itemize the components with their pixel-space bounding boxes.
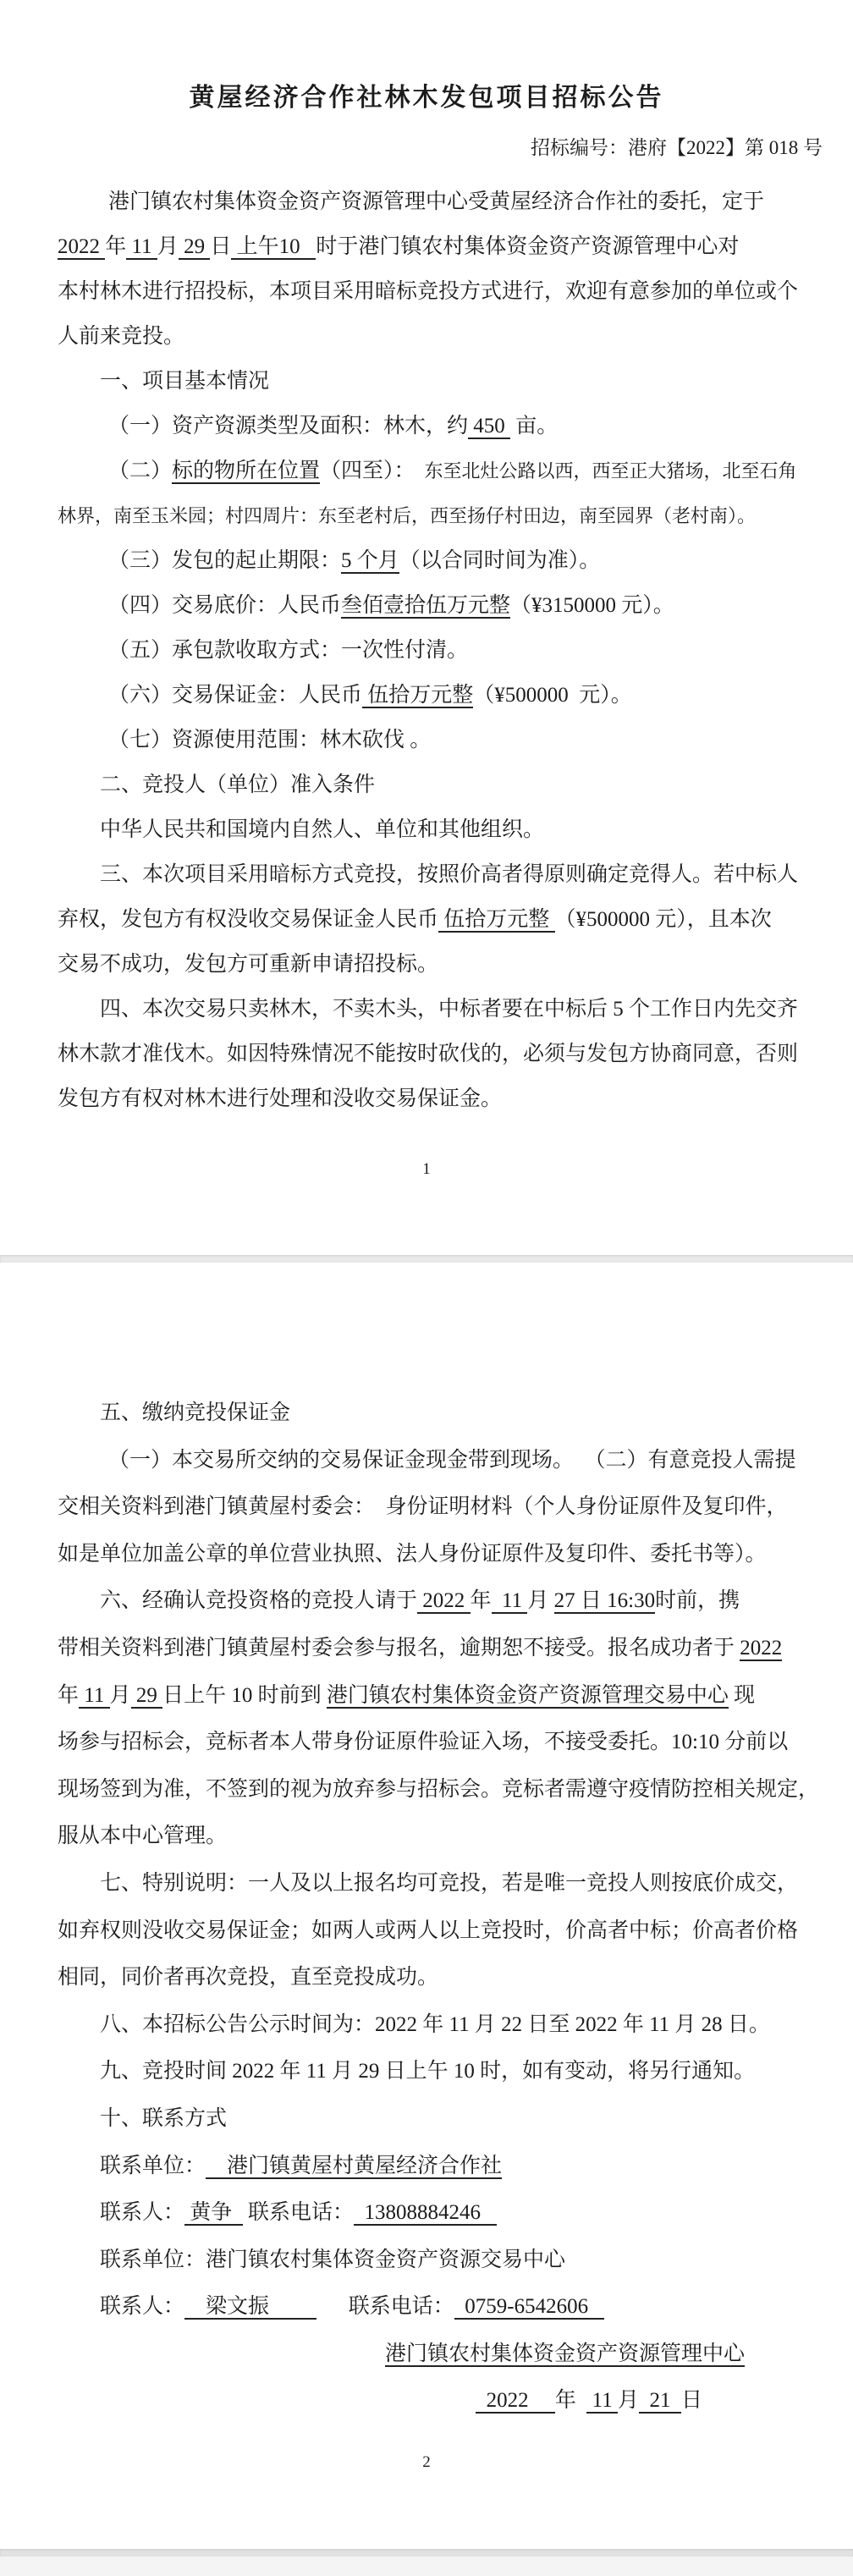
page-1-body: 港门镇农村集体资金资产资源管理中心受黄屋经济合作社的委托，定于2022 年 11… [0, 179, 853, 1121]
underlined-text: 11 [586, 2389, 618, 2414]
text-line: 联系人： 梁文振 联系电话： 0759-6542606 [0, 2283, 853, 2331]
page-bottom-separator [0, 2549, 853, 2557]
text-segment: 弃权，发包方有权没收交易保证金人民币 [58, 908, 438, 931]
text-segment: 年 [58, 1684, 79, 1707]
text-line: 五、缴纳竞投保证金 [0, 1390, 853, 1437]
underlined-text: 21 [639, 2389, 681, 2414]
doc-number: 招标编号：港府【2022】第 018 号 [0, 135, 853, 161]
underlined-text: 11 [492, 1589, 528, 1614]
text-line: 如弃权则没收交易保证金；如两人或两人以上竞投时，价高者中标；价高者价格 [0, 1907, 853, 1955]
text-segment: 日 [681, 2389, 702, 2412]
text-segment: 联系单位： [100, 2155, 206, 2177]
text-segment: 人前来竞投。 [58, 325, 184, 348]
text-segment: 年 [471, 1589, 492, 1612]
text-segment: 月 [110, 1684, 131, 1707]
text-segment: 亩。 [510, 415, 558, 438]
underlined-text: 29 [131, 1684, 163, 1709]
underlined-text: 13808884246 [354, 2201, 497, 2226]
text-segment: 四、本次交易只卖林木，不卖木头，中标者要在中标后 5 个工作日内先交齐 [100, 998, 798, 1021]
underlined-text: 0759-6542606 [454, 2295, 604, 2320]
text-segment: 联系人： [100, 2201, 184, 2224]
text-line: 港门镇农村集体资金资产资源管理中心受黄屋经济合作社的委托，定于 [0, 179, 853, 224]
text-segment: 现 [729, 1684, 755, 1707]
underlined-text: 港门镇农村集体资金资产资源管理交易中心 [327, 1684, 729, 1709]
text-line: 港门镇农村集体资金资产资源管理中心 [0, 2331, 853, 2378]
text-line: 六、经确认竞投资格的竞投人请于 2022 年 11 月 27 日 16:30时前… [0, 1577, 853, 1625]
text-segment: （一）本交易所交纳的交易保证金现金带到现场。 （二）有意竞投人需提 [108, 1449, 796, 1472]
underlined-text: 叁佰壹拾伍万元整 [341, 594, 510, 619]
text-segment: 七、特别说明：一人及以上报名均可竞投，若是唯一竞投人则按底价成交， [100, 1872, 798, 1895]
text-line: （一）本交易所交纳的交易保证金现金带到现场。 （二）有意竞投人需提 [0, 1437, 853, 1484]
text-segment: 时前，携 [655, 1589, 740, 1612]
underlined-text: 5 个月 [341, 549, 399, 574]
text-line: 如是单位加盖公章的单位营业执照、法人身份证原件及复印件、委托书等）。 [0, 1531, 853, 1578]
text-line: （三）发包的起止期限：5 个月（以合同时间为准）。 [0, 538, 853, 583]
text-line: 现场签到为准，不签到的视为放弃参与招标会。竞标者需遵守疫情防控相关规定， [0, 1766, 853, 1814]
underlined-text: 29 [179, 235, 211, 260]
text-segment: 二、竞投人（单位）准入条件 [100, 773, 375, 796]
text-line: 四、本次交易只卖林木，不卖木头，中标者要在中标后 5 个工作日内先交齐 [0, 987, 853, 1032]
text-line: 联系单位：港门镇农村集体资金资产资源交易中心 [0, 2237, 853, 2284]
underlined-text: 黄争 [184, 2201, 243, 2226]
text-segment: 联系人： [100, 2295, 184, 2318]
text-segment: 联系电话： [243, 2201, 354, 2224]
text-segment: 现场签到为准，不签到的视为放弃参与招标会。竞标者需遵守疫情防控相关规定， [58, 1778, 819, 1801]
text-segment: （二） [108, 460, 172, 482]
text-segment: （¥3150000 元）。 [510, 594, 674, 617]
text-segment: 年 [105, 235, 126, 258]
page-separator [0, 1255, 853, 1263]
text-line: 七、特别说明：一人及以上报名均可竞投，若是唯一竞投人则按底价成交， [0, 1860, 853, 1907]
text-segment: 十、联系方式 [100, 2107, 227, 2130]
text-line: 发包方有权对林木进行处理和没收交易保证金。 [0, 1076, 853, 1121]
page-2-body: 五、缴纳竞投保证金（一）本交易所交纳的交易保证金现金带到现场。 （二）有意竞投人… [0, 1263, 853, 2425]
text-line: 一、项目基本情况 [0, 359, 853, 404]
text-line: 2022 年 11 月 21 日 [0, 2377, 853, 2425]
text-line: （一）资产资源类型及面积：林木，约 450 亩。 [0, 404, 853, 449]
text-line: 2022 年 11 月 29 日 上午10 时于港门镇农村集体资金资产资源管理中… [0, 224, 853, 269]
text-segment: 三、本次项目采用暗标方式竞投，按照价高者得原则确定竞得人。若中标人 [100, 863, 798, 886]
page-2: 五、缴纳竞投保证金（一）本交易所交纳的交易保证金现金带到现场。 （二）有意竞投人… [0, 1263, 853, 2549]
text-line: （二）标的物所在位置（四至）： 东至北灶公路以西，西至正大猪场，北至石角 [0, 449, 853, 493]
page-1-number: 1 [0, 1159, 853, 1181]
underlined-text: 上午10 [231, 235, 316, 260]
text-line: 本村林木进行招投标，本项目采用暗标竞投方式进行，欢迎有意参加的单位或个 [0, 269, 853, 314]
page-title: 黄屋经济合作社林木发包项目招标公告 [0, 0, 853, 115]
text-line: 人前来竞投。 [0, 314, 853, 359]
underlined-text: 2022 [417, 1589, 471, 1614]
text-segment: 日上午 10 时前到 [162, 1684, 327, 1707]
text-line: （六）交易保证金：人民币 伍拾万元整（¥500000 元）。 [0, 673, 853, 718]
text-segment: 发包方有权对林木进行处理和没收交易保证金。 [58, 1087, 502, 1110]
text-segment: 如弃权则没收交易保证金；如两人或两人以上竞投时，价高者中标；价高者价格 [58, 1919, 798, 1942]
underlined-text: 港门镇黄屋村黄屋经济合作社 [206, 2155, 502, 2179]
underlined-text: 2022 [476, 2389, 555, 2414]
text-segment: （四）交易底价：人民币 [108, 594, 341, 617]
underlined-text: 450 [468, 415, 510, 439]
text-segment: （以合同时间为准）。 [399, 549, 601, 572]
text-line: 九、竞投时间 2022 年 11 月 29 日上午 10 时，如有变动，将另行通… [0, 2048, 853, 2095]
text-line: （五）承包款收取方式：一次性付清。 [0, 628, 853, 673]
underlined-text: 16:30 [607, 1589, 655, 1614]
text-segment: 如是单位加盖公章的单位营业执照、法人身份证原件及复印件、委托书等）。 [58, 1543, 767, 1566]
underlined-text: 11 [79, 1684, 110, 1709]
text-segment: 时于港门镇农村集体资金资产资源管理中心对 [316, 235, 739, 258]
underlined-text: 27 日 [554, 1589, 608, 1614]
text-segment: （三）发包的起止期限： [108, 549, 341, 572]
next-page-edge [0, 2557, 853, 2576]
text-segment: 日 [210, 235, 231, 258]
text-segment: 联系电话： [316, 2295, 454, 2318]
text-line: 八、本招标公告公示时间为：2022 年 11 月 22 日至 2022 年 11… [0, 2001, 853, 2049]
text-segment: 年 [555, 2389, 587, 2412]
text-segment: 带相关资料到港门镇黄屋村委会参与报名，逾期恕不接受。报名成功者于 [58, 1637, 740, 1660]
text-segment: 东至北灶公路以西，西至正大猪场，北至石角 [415, 460, 797, 482]
text-segment: 本村林木进行招投标，本项目采用暗标竞投方式进行，欢迎有意参加的单位或个 [58, 280, 798, 303]
text-line: 二、竞投人（单位）准入条件 [0, 762, 853, 807]
underlined-text: 伍拾万元整 [362, 684, 473, 708]
text-segment: 交易不成功，发包方可重新申请招投标。 [58, 953, 438, 976]
underlined-text: 标的物所在位置 [172, 460, 320, 484]
text-segment: （一）资产资源类型及面积：林木，约 [108, 415, 468, 438]
page-2-number: 2 [0, 2452, 853, 2474]
text-segment: （七）资源使用范围：林木砍伐 。 [108, 729, 431, 751]
text-line: 交相关资料到港门镇黄屋村委会： 身份证明材料（个人身份证原件及复印件， [0, 1483, 853, 1531]
text-line: 三、本次项目采用暗标方式竞投，按照价高者得原则确定竞得人。若中标人 [0, 852, 853, 897]
text-segment: 中华人民共和国境内自然人、单位和其他组织。 [100, 818, 544, 841]
text-segment: 港门镇农村集体资金资产资源管理中心受黄屋经济合作社的委托，定于 [108, 190, 764, 213]
text-segment: 月 [527, 1589, 553, 1612]
text-line: 场参与招标会，竞标者本人带身份证原件验证入场，不接受委托。10:10 分前以 [0, 1719, 853, 1766]
text-segment: 月 [618, 2389, 639, 2412]
text-segment: （¥500000 元），且本次 [555, 908, 772, 931]
text-segment: 八、本招标公告公示时间为：2022 年 11 月 22 日至 2022 年 11… [100, 2013, 770, 2036]
text-line: 联系人： 黄争 联系电话： 13808884246 [0, 2189, 853, 2237]
text-segment: 联系单位：港门镇农村集体资金资产资源交易中心 [100, 2248, 565, 2271]
text-line: 相同，同价者再次竞投，直至竞投成功。 [0, 1954, 853, 2001]
text-segment: （五）承包款收取方式：一次性付清。 [108, 639, 468, 662]
text-line: 中华人民共和国境内自然人、单位和其他组织。 [0, 807, 853, 852]
text-line: 弃权，发包方有权没收交易保证金人民币 伍拾万元整 （¥500000 元），且本次 [0, 897, 853, 942]
text-line: （四）交易底价：人民币叁佰壹拾伍万元整（¥3150000 元）。 [0, 583, 853, 628]
text-line: 服从本中心管理。 [0, 1813, 853, 1860]
text-segment: 交相关资料到港门镇黄屋村委会： 身份证明材料（个人身份证原件及复印件， [58, 1495, 788, 1518]
text-line: （七）资源使用范围：林木砍伐 。 [0, 718, 853, 762]
text-line: 交易不成功，发包方可重新申请招投标。 [0, 942, 853, 987]
text-segment: 九、竞投时间 2022 年 11 月 29 日上午 10 时，如有变动，将另行通… [100, 2060, 755, 2083]
text-segment: 场参与招标会，竞标者本人带身份证原件验证入场，不接受委托。10:10 分前以 [58, 1731, 788, 1753]
text-segment: （¥500000 元）。 [473, 684, 632, 707]
text-segment: 林界，南至玉米园；村四周片：东至老村后，西至扬仔村田边，南至园界（老村南）。 [58, 505, 756, 526]
text-segment: （六）交易保证金：人民币 [108, 684, 362, 707]
text-segment: 服从本中心管理。 [58, 1825, 227, 1847]
underlined-text: 伍拾万元整 [438, 908, 555, 933]
text-line: 十、联系方式 [0, 2095, 853, 2143]
text-line: 年 11 月 29 日上午 10 时前到 港门镇农村集体资金资产资源管理交易中心… [0, 1672, 853, 1720]
text-line: 联系单位： 港门镇黄屋村黄屋经济合作社 [0, 2143, 853, 2190]
page-1: 黄屋经济合作社林木发包项目招标公告 招标编号：港府【2022】第 018 号 港… [0, 0, 853, 1255]
underlined-text: 港门镇农村集体资金资产资源管理中心 [385, 2342, 745, 2367]
text-segment: 一、项目基本情况 [100, 370, 269, 393]
text-segment: 六、经确认竞投资格的竞投人请于 [100, 1589, 417, 1612]
underlined-text: 梁文振 [184, 2295, 316, 2320]
underlined-text: 2022 [58, 235, 105, 260]
text-segment: （四至）： [320, 460, 415, 482]
text-segment: 月 [157, 235, 179, 258]
text-line: 林界，南至玉米园；村四周片：东至老村后，西至扬仔村田边，南至园界（老村南）。 [0, 493, 853, 538]
underlined-text: 2022 [740, 1637, 782, 1661]
document-viewport: 黄屋经济合作社林木发包项目招标公告 招标编号：港府【2022】第 018 号 港… [0, 0, 853, 2576]
text-segment: 相同，同价者再次竞投，直至竞投成功。 [58, 1966, 438, 1989]
text-line: 带相关资料到港门镇黄屋村委会参与报名，逾期恕不接受。报名成功者于 2022 [0, 1625, 853, 1672]
text-segment: 五、缴纳竞投保证金 [100, 1401, 290, 1424]
text-line: 林木款才准伐木。如因特殊情况不能按时砍伐的，必须与发包方协商同意，否则 [0, 1032, 853, 1076]
text-segment: 林木款才准伐木。如因特殊情况不能按时砍伐的，必须与发包方协商同意，否则 [58, 1043, 798, 1065]
underlined-text: 11 [126, 235, 157, 260]
